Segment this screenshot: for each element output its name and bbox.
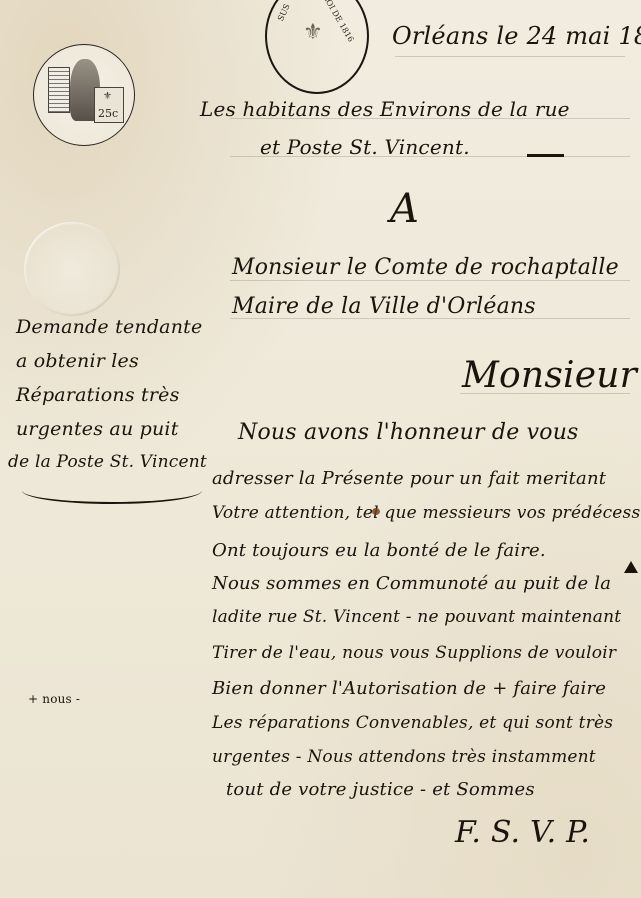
stamp-value: 25c [98, 107, 118, 120]
margin-note-line: Demande tendante [16, 316, 202, 338]
margin-insert: + nous - [28, 692, 80, 706]
addressee-line-2: Maire de la Ville d'Orléans [232, 294, 536, 319]
place-date: Orléans le 24 mai 1816. [392, 22, 641, 50]
body-line: tout de votre justice - et Sommes [226, 779, 535, 800]
ruled-line [395, 56, 625, 57]
addressee-line-1: Monsieur le Comte de rochaptalle [232, 255, 619, 280]
margin-note-line: de la Poste St. Vincent [8, 452, 207, 472]
body-line: urgentes - Nous attendons très instammen… [212, 747, 596, 767]
body-line: Nous sommes en Communoté au puit de la [212, 573, 611, 594]
ink-stain [372, 508, 380, 515]
seal-right-text: LOI DE 1816 [322, 0, 356, 44]
body-line: Bien donner l'Autorisation de + faire fa… [212, 678, 606, 699]
body-line: Ont toujours eu la bonté de le faire. [212, 540, 546, 561]
fleur-de-lis-icon: ⚜ [103, 91, 112, 102]
tax-stamp: ⚜ 25c [33, 44, 135, 146]
stamp-tablet-icon [48, 67, 70, 113]
dash-mark [527, 154, 564, 157]
body-line: Tirer de l'eau, nous vous Supplions de v… [212, 643, 616, 663]
body-line: Nous avons l'honneur de vous [238, 420, 579, 445]
seal-left-text: SUS [276, 3, 292, 23]
brace-flourish [22, 488, 202, 504]
to-marker: A [390, 186, 419, 232]
postal-seal: SUS ⚜ LOI DE 1816 [265, 0, 369, 94]
sender-line-1: Les habitans des Environs de la rue [200, 97, 570, 121]
closing-initials: F. S. V. P. [455, 815, 590, 850]
body-line: Votre attention, tel que messieurs vos p… [212, 503, 641, 523]
embossed-stamp [24, 222, 120, 316]
body-line: Les réparations Convenables, et qui sont… [212, 713, 613, 733]
ink-blot [624, 561, 638, 573]
margin-note-line: urgentes au puit [16, 418, 179, 440]
ruled-line [230, 280, 630, 281]
fleur-de-lis-icon: ⚜ [303, 20, 323, 45]
sender-line-2: et Poste St. Vincent. [260, 135, 470, 159]
margin-note-line: Réparations très [16, 384, 180, 406]
body-line: ladite rue St. Vincent - ne pouvant main… [212, 607, 621, 627]
salutation: Monsieur [462, 355, 637, 396]
body-line: adresser la Présente pour un fait merita… [212, 468, 606, 489]
letter-page: ⚜ 25c SUS ⚜ LOI DE 1816 Orléans le 24 ma… [0, 0, 641, 898]
margin-note-line: a obtenir les [16, 350, 139, 372]
